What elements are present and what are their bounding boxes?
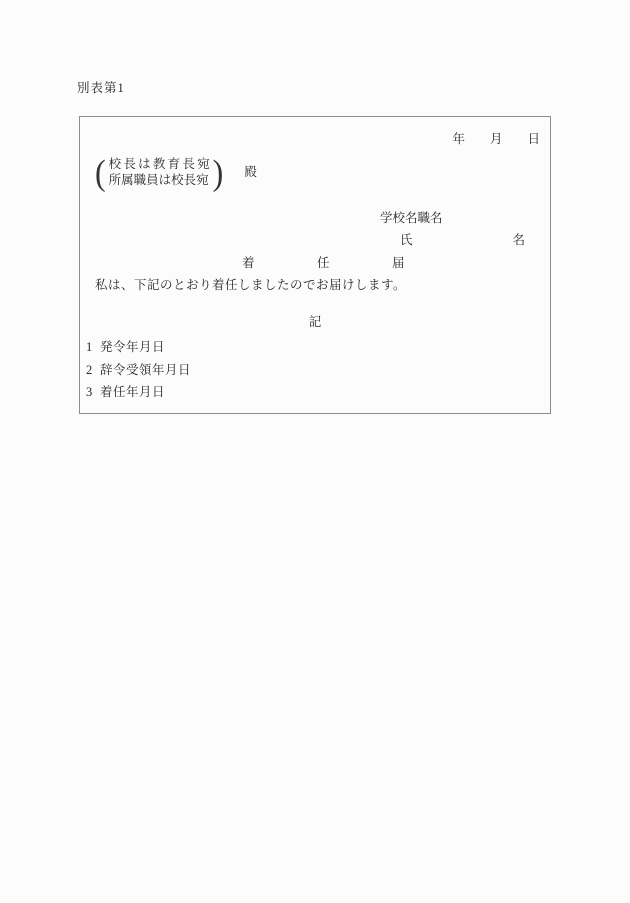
bracket-close-glyph: ) <box>213 152 224 192</box>
addressee-note-line1: 校長は教育長宛 <box>109 156 210 172</box>
list-item-number: 1 <box>86 341 100 354</box>
appendix-label: 別表第1 <box>77 82 125 95</box>
addressee-note: 校長は教育長宛 所属職員は校長宛 <box>109 156 210 188</box>
document-page: { "page": { "appendix_label": "別表第1" }, … <box>0 0 630 903</box>
list-item: 3 着任年月日 <box>86 386 191 399</box>
sender-name-line: 氏 名 <box>400 234 525 247</box>
form-body-text: 私は、下記のとおり着任しましたのでお届けします。 <box>95 279 406 292</box>
list-header: 記 <box>80 316 550 329</box>
list-item-label: 発令年月日 <box>100 341 165 354</box>
addressee-honorific: 殿 <box>244 166 257 179</box>
list-item: 1 発令年月日 <box>86 341 191 354</box>
list-item-number: 2 <box>86 364 100 377</box>
list-item-number: 3 <box>86 386 100 399</box>
addressee-block: ( 校長は教育長宛 所属職員は校長宛 ) 殿 <box>95 154 257 190</box>
date-line: 年 月 日 <box>452 133 540 146</box>
list-item-label: 辞令受領年月日 <box>100 364 191 377</box>
form-box: 年 月 日 ( 校長は教育長宛 所属職員は校長宛 ) 殿 学校名職名 氏 名 着… <box>79 116 551 414</box>
bracket-open-glyph: ( <box>95 152 106 192</box>
addressee-note-line2: 所属職員は校長宛 <box>109 172 210 188</box>
list-item-label: 着任年月日 <box>100 386 165 399</box>
sender-school-and-title-line: 学校名職名 <box>380 212 443 225</box>
form-title: 着 任 届 <box>242 257 405 270</box>
item-list: 1 発令年月日 2 辞令受領年月日 3 着任年月日 <box>86 341 191 399</box>
list-item: 2 辞令受領年月日 <box>86 364 191 377</box>
